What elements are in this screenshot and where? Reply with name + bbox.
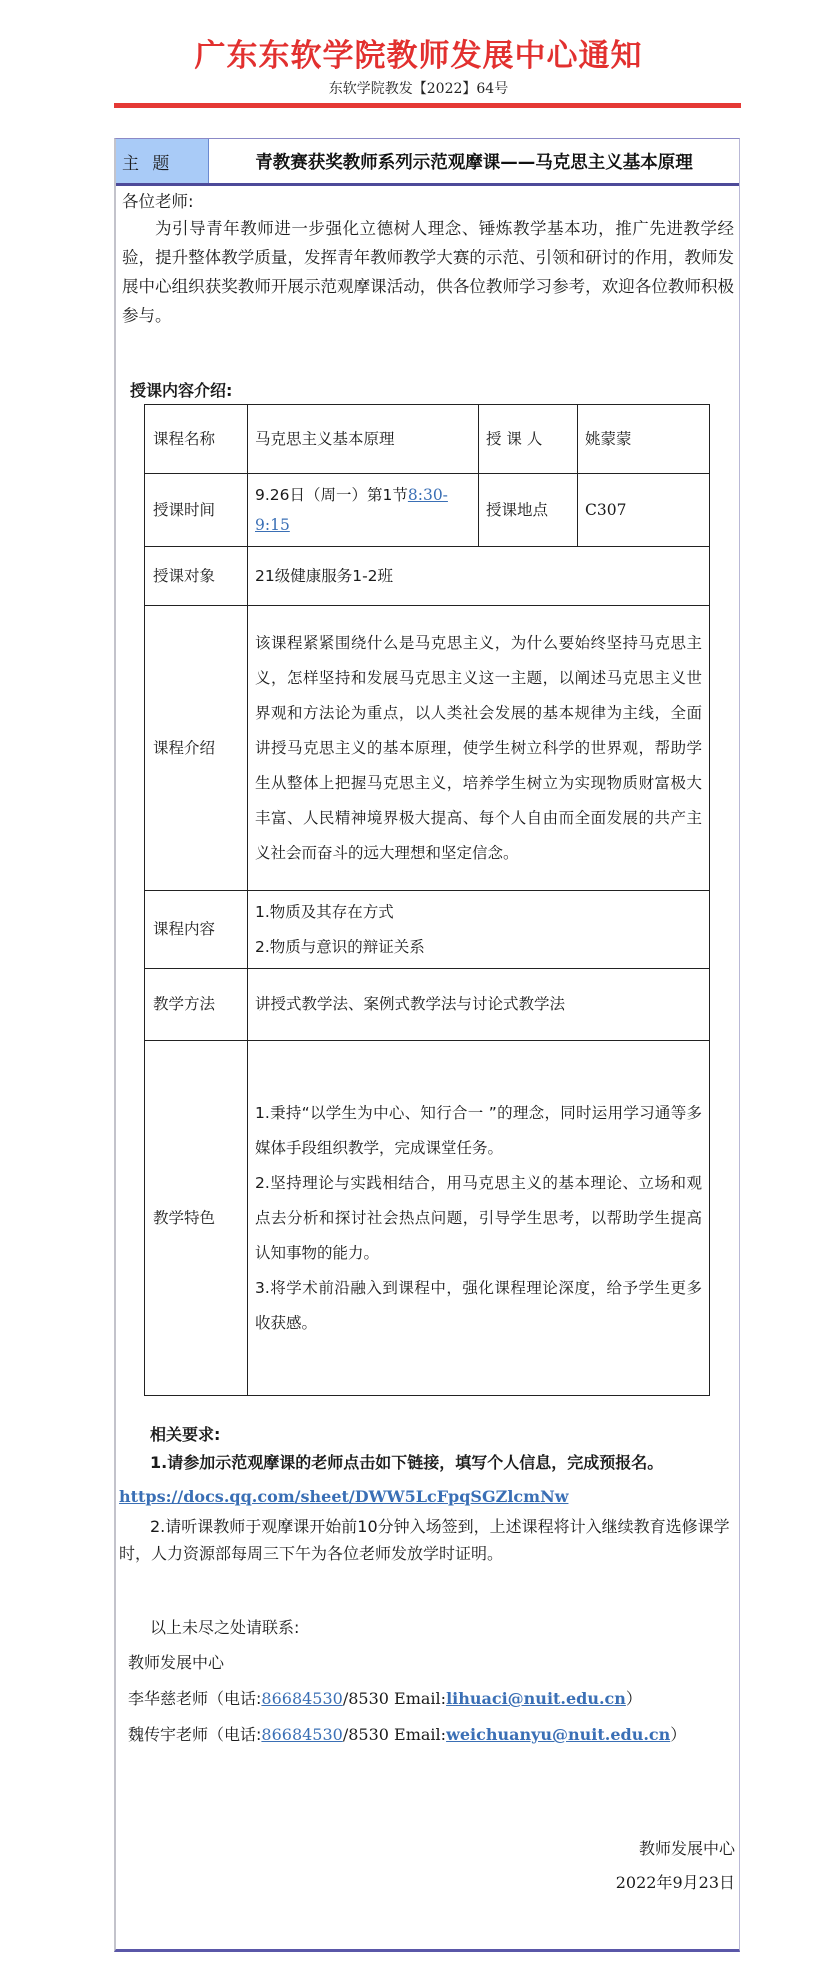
course-intro-label: 课程介绍 xyxy=(145,606,248,891)
contact-lead: 以上未尽之处请联系: xyxy=(150,1615,299,1638)
content-item: 2.物质与意识的辩证关系 xyxy=(255,930,702,965)
teaching-features-label: 教学特色 xyxy=(145,1041,248,1396)
subject-row: 主 题 青教赛获奖教师系列示范观摩课——马克思主义基本原理 xyxy=(116,139,739,186)
teacher-label: 授 课 人 xyxy=(479,405,578,474)
subject-label: 主 题 xyxy=(116,139,209,183)
intro-paragraph: 为引导青年教师进一步强化立德树人理念、锤炼教学基本功，推广先进教学经验，提升整体… xyxy=(122,214,734,330)
teaching-method-value: 讲授式教学法、案例式教学法与讨论式教学法 xyxy=(248,969,710,1041)
signature-date: 2022年9月23日 xyxy=(616,1870,735,1893)
email-link[interactable]: lihuaci@nuit.edu.cn xyxy=(446,1689,626,1708)
course-content-value: 1.物质及其存在方式 2.物质与意识的辩证关系 xyxy=(248,891,710,969)
table-row: 课程名称 马克思主义基本原理 授 课 人 姚蒙蒙 xyxy=(145,405,710,474)
course-info-table: 课程名称 马克思主义基本原理 授 课 人 姚蒙蒙 授课时间 9.26日（周一）第… xyxy=(144,404,710,1396)
content-item: 1.物质及其存在方式 xyxy=(255,895,702,930)
requirement-item-1: 1.请参加示范观摩课的老师点击如下链接，填写个人信息，完成预报名。 xyxy=(150,1450,663,1473)
table-row: 授课时间 9.26日（周一）第1节8:30-9:15 授课地点 C307 xyxy=(145,474,710,547)
time-date: 9.26日（周一）第1节 xyxy=(255,486,408,504)
contact-person: 魏传宇老师（电话:86684530/8530 Email:weichuanyu@… xyxy=(128,1722,686,1745)
contact-name: 魏传宇老师（电话: xyxy=(128,1725,261,1744)
location-value: C307 xyxy=(578,474,710,547)
header-divider xyxy=(114,103,741,108)
teacher-value: 姚蒙蒙 xyxy=(578,405,710,474)
phone-ext: /8530 Email: xyxy=(343,1725,446,1744)
contact-org: 教师发展中心 xyxy=(128,1650,224,1673)
teaching-method-label: 教学方法 xyxy=(145,969,248,1041)
requirements-heading: 相关要求: xyxy=(150,1422,220,1445)
location-label: 授课地点 xyxy=(479,474,578,547)
subject-value: 青教赛获奖教师系列示范观摩课——马克思主义基本原理 xyxy=(209,139,739,183)
table-row: 教学特色 1.秉持“以学生为中心、知行合一 ”的理念，同时运用学习通等多媒体手段… xyxy=(145,1041,710,1396)
contact-suffix: ） xyxy=(670,1725,686,1744)
contact-person: 李华慈老师（电话:86684530/8530 Email:lihuaci@nui… xyxy=(128,1686,642,1709)
notice-title: 广东东软学院教师发展中心通知 xyxy=(0,30,837,75)
audience-label: 授课对象 xyxy=(145,547,248,606)
course-name-label: 课程名称 xyxy=(145,405,248,474)
course-intro-value: 该课程紧紧围绕什么是马克思主义，为什么要始终坚持马克思主义，怎样坚持和发展马克思… xyxy=(248,606,710,891)
teaching-features-value: 1.秉持“以学生为中心、知行合一 ”的理念，同时运用学习通等多媒体手段组织教学，… xyxy=(248,1041,710,1396)
phone-link[interactable]: 86684530 xyxy=(261,1725,342,1744)
phone-link[interactable]: 86684530 xyxy=(261,1689,342,1708)
course-name-value: 马克思主义基本原理 xyxy=(248,405,479,474)
greeting: 各位老师: xyxy=(122,188,194,212)
document-number: 东软学院教发【2022】64号 xyxy=(0,78,837,98)
course-section-heading: 授课内容介绍: xyxy=(130,378,232,401)
email-link[interactable]: weichuanyu@nuit.edu.cn xyxy=(446,1725,670,1744)
table-row: 课程介绍 该课程紧紧围绕什么是马克思主义，为什么要始终坚持马克思主义，怎样坚持和… xyxy=(145,606,710,891)
registration-link[interactable]: https://docs.qq.com/sheet/DWW5LcFpqSGZlc… xyxy=(119,1487,568,1506)
signature-org: 教师发展中心 xyxy=(639,1836,735,1859)
contact-name: 李华慈老师（电话: xyxy=(128,1689,261,1708)
course-content-label: 课程内容 xyxy=(145,891,248,969)
time-label: 授课时间 xyxy=(145,474,248,547)
table-row: 教学方法 讲授式教学法、案例式教学法与讨论式教学法 xyxy=(145,969,710,1041)
audience-value: 21级健康服务1-2班 xyxy=(248,547,710,606)
requirement-item-2: 2.请听课教师于观摩课开始前10分钟入场签到，上述课程将计入继续教育选修课学时，… xyxy=(119,1513,734,1567)
feature-item: 1.秉持“以学生为中心、知行合一 ”的理念，同时运用学习通等多媒体手段组织教学，… xyxy=(255,1096,702,1166)
time-value: 9.26日（周一）第1节8:30-9:15 xyxy=(248,474,479,547)
table-row: 课程内容 1.物质及其存在方式 2.物质与意识的辩证关系 xyxy=(145,891,710,969)
table-row: 授课对象 21级健康服务1-2班 xyxy=(145,547,710,606)
feature-item: 3.将学术前沿融入到课程中，强化课程理论深度，给予学生更多收获感。 xyxy=(255,1271,702,1341)
contact-suffix: ） xyxy=(626,1689,642,1708)
feature-item: 2.坚持理论与实践相结合，用马克思主义的基本理论、立场和观点去分析和探讨社会热点… xyxy=(255,1166,702,1271)
phone-ext: /8530 Email: xyxy=(343,1689,446,1708)
